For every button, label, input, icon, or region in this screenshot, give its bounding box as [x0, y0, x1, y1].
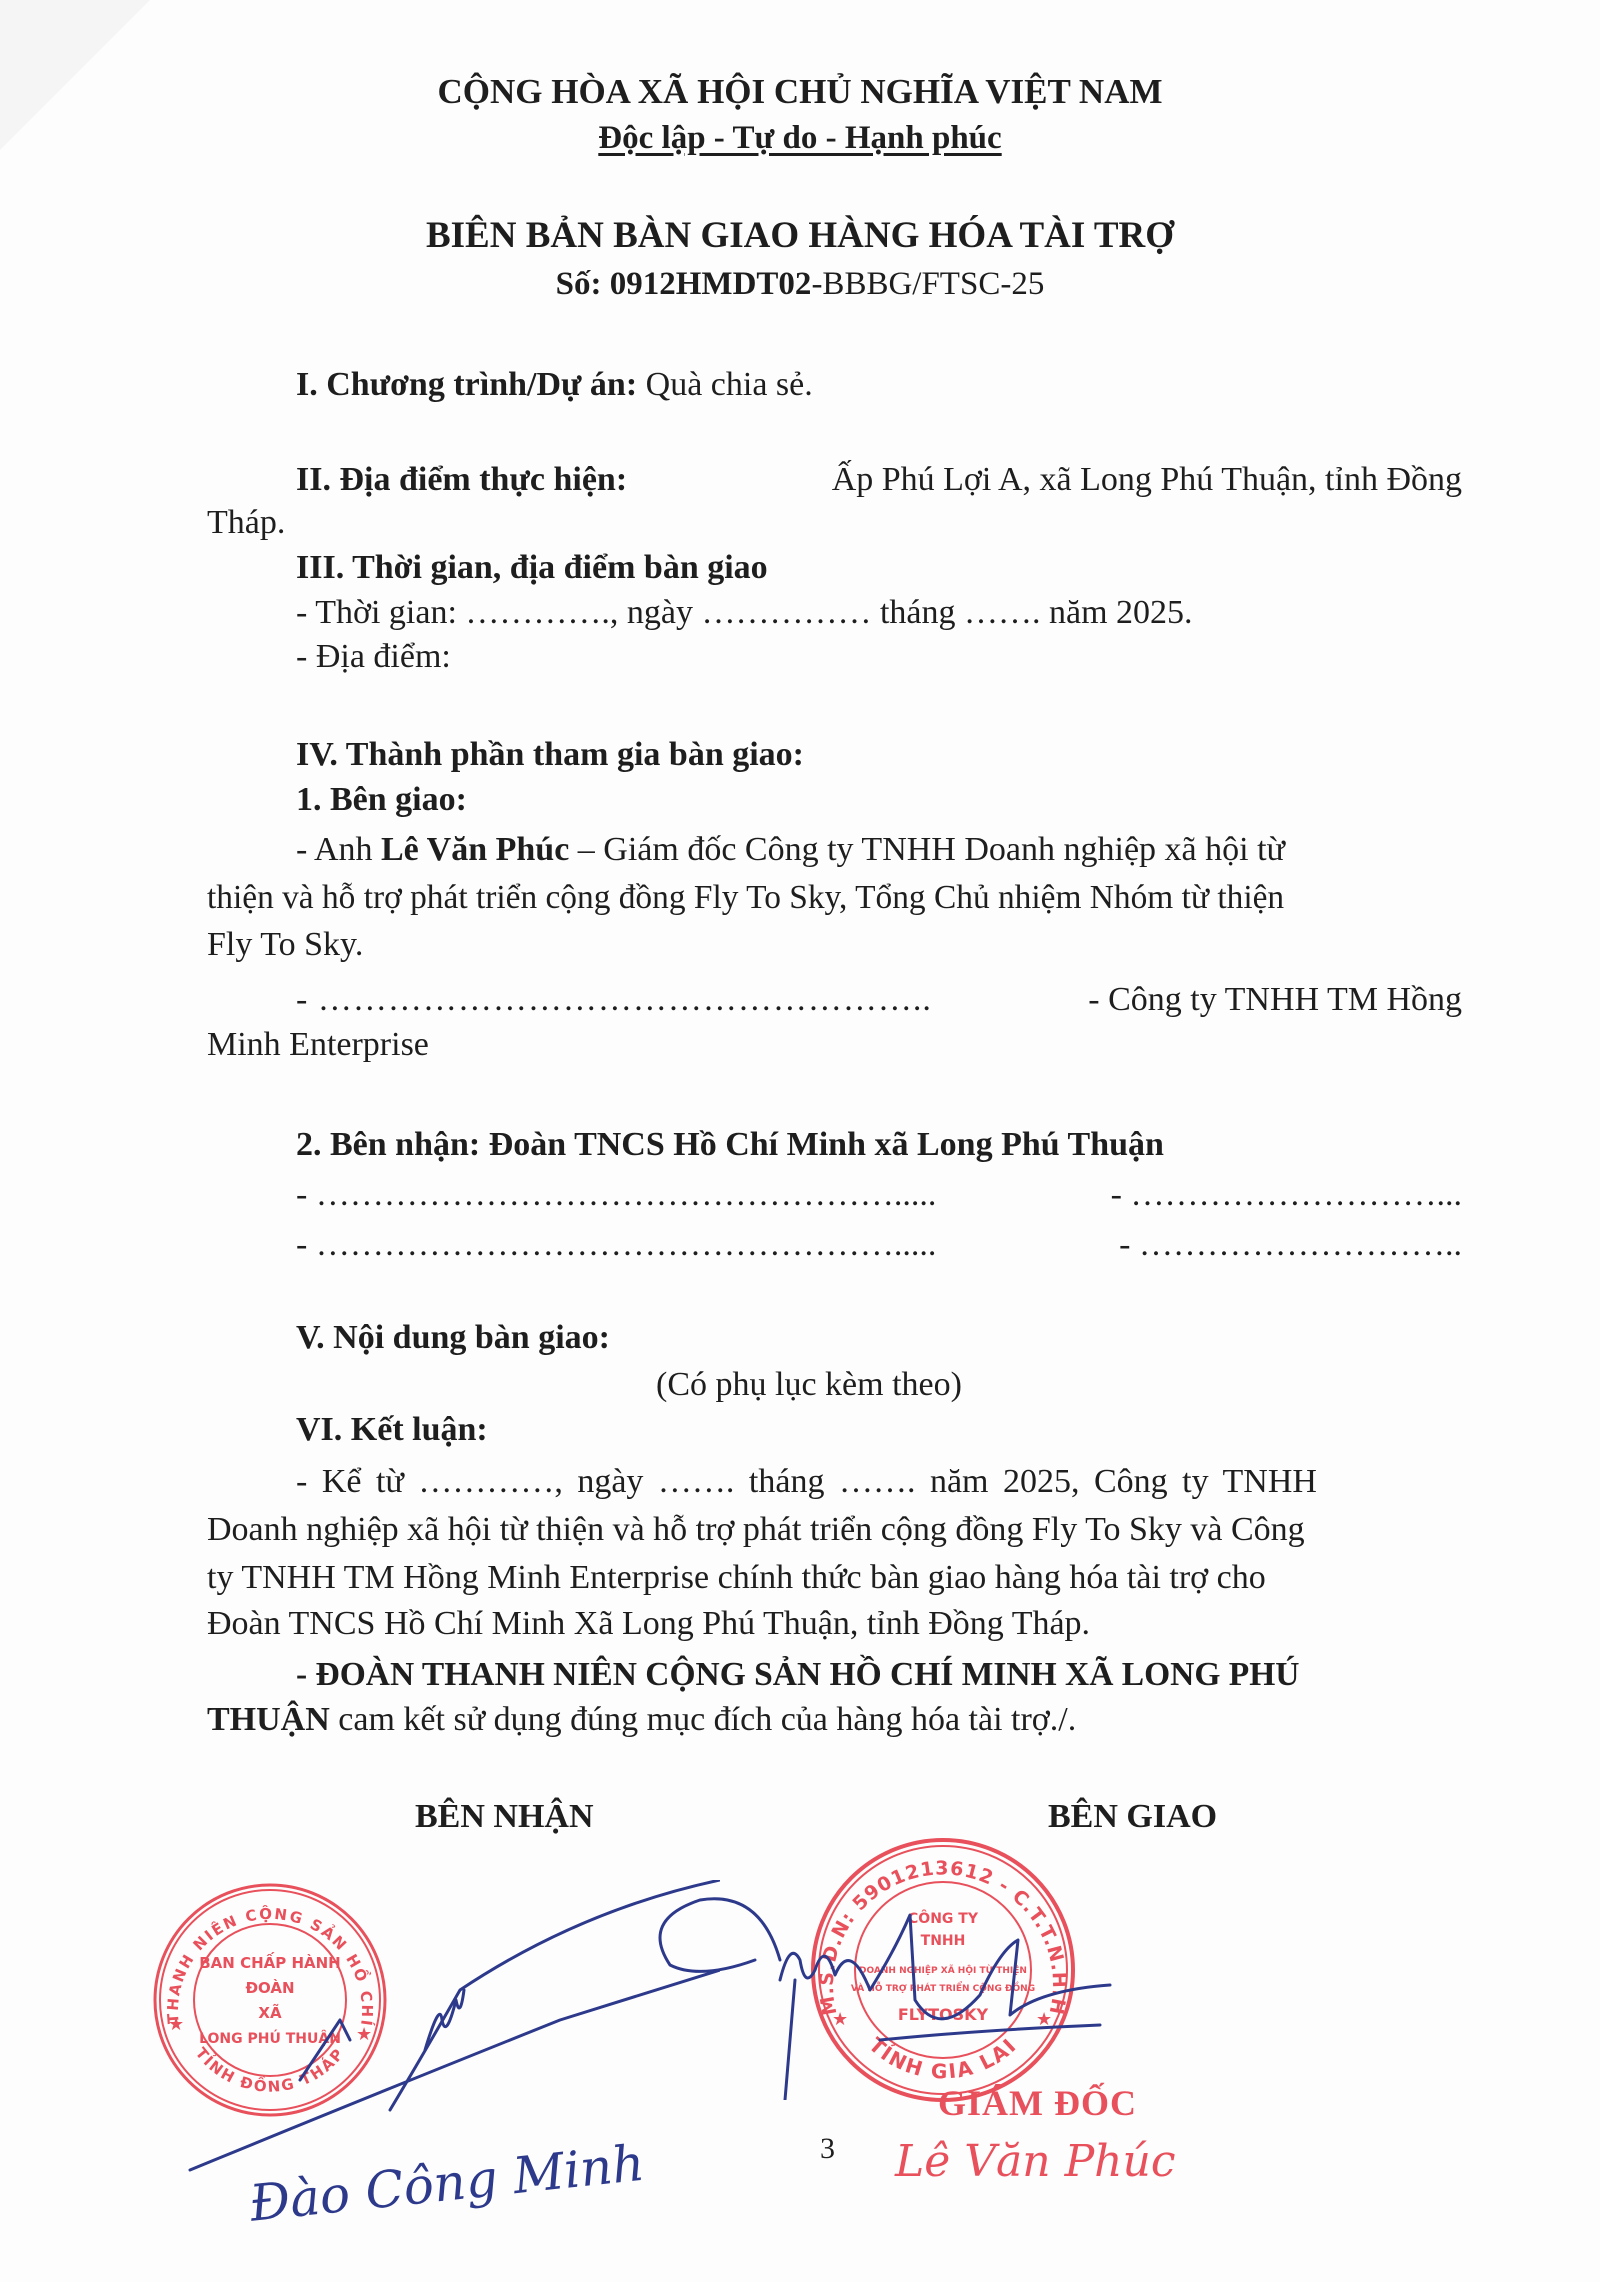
section-program: I. Chương trình/Dự án: Quà chia sẻ. [296, 365, 813, 405]
document-title: BIÊN BẢN BÀN GIAO HÀNG HÓA TÀI TRỢ [0, 216, 1600, 256]
giver-2-blank: - …………………………………………….. [296, 980, 932, 1020]
appendix-note: (Có phụ lục kèm theo) [656, 1365, 962, 1405]
document-page: CỘNG HÒA XÃ HỘI CHỦ NGHĨA VIỆT NAM Độc l… [0, 0, 1600, 2282]
receiver-label: 2. Bên nhận: Đoàn TNCS Hồ Chí Minh xã Lo… [296, 1125, 1164, 1165]
giver-1-line2: thiện và hỗ trợ phát triển cộng đồng Fly… [207, 878, 1284, 918]
commitment-heading-cont: THUẬN [207, 1701, 330, 1738]
commitment-text: cam kết sử dụng đúng mục đích của hàng h… [330, 1701, 1076, 1738]
national-title: CỘNG HÒA XÃ HỘI CHỦ NGHĨA VIỆT NAM [0, 72, 1600, 112]
receiver-signature-heading: BÊN NHẬN [415, 1797, 594, 1837]
receiver-signature [160, 1880, 720, 2280]
giver-signature-heading: BÊN GIAO [1048, 1797, 1217, 1837]
conclusion-line2: Doanh nghiệp xã hội từ thiện và hỗ trợ p… [207, 1510, 1305, 1550]
giver-title: GIÁM ĐỐC [938, 2082, 1137, 2124]
section-participants-label: IV. Thành phần tham gia bàn giao: [296, 735, 804, 775]
giver-name-seal: Lê Văn Phúc [895, 2136, 1176, 2187]
handover-place-field: - Địa điểm: [296, 637, 451, 677]
section-location: II. Địa điểm thực hiện:Ấp Phú Lợi A, xã … [296, 460, 1462, 500]
receiver-row-2: - …………………………………………….....- ……………………….. [296, 1225, 1462, 1265]
page-number: 3 [820, 2132, 835, 2166]
section-content-label: V. Nội dung bàn giao: [296, 1318, 610, 1358]
giver-2-line1: - ……………………………………………..- Công ty TNHH TM H… [296, 980, 1462, 1020]
section-program-value: Quà chia sẻ. [637, 366, 813, 403]
receiver-row-1: - …………………………………………….....- ………………………... [296, 1175, 1462, 1215]
section-conclusion-label: VI. Kết luận: [296, 1410, 488, 1450]
giver-2-company-cont: Minh Enterprise [207, 1025, 429, 1065]
section-location-value-cont: Tháp. [207, 503, 285, 543]
number-suffix: -BBBG/FTSC-25 [811, 266, 1044, 302]
receiver-2-name-blank: - ……………………………………………..... [296, 1225, 936, 1265]
document-number: Số: 0912HMDT02-BBBG/FTSC-25 [0, 264, 1600, 304]
giver-label: 1. Bên giao: [296, 780, 467, 820]
giver-signature [640, 1880, 1120, 2100]
number-label: Số: [556, 266, 610, 302]
giver-1-prefix: - Anh [296, 831, 381, 868]
conclusion-line1: - Kể từ …………, ngày ……. tháng ……. năm 202… [296, 1462, 1317, 1502]
section-location-label: II. Địa điểm thực hiện: [296, 460, 627, 500]
section-program-label: I. Chương trình/Dự án: [296, 366, 637, 403]
commitment-heading: - ĐOÀN THANH NIÊN CỘNG SẢN HỒ CHÍ MINH X… [296, 1655, 1300, 1695]
giver-2-company: - Công ty TNHH TM Hồng [1088, 980, 1462, 1020]
section-location-value: Ấp Phú Lợi A, xã Long Phú Thuận, tỉnh Đồ… [832, 460, 1462, 500]
giver-1-name: Lê Văn Phúc [381, 831, 569, 868]
giver-1-role: – Giám đốc Công ty TNHH Doanh nghiệp xã … [569, 831, 1285, 868]
receiver-1-name-blank: - ……………………………………………..... [296, 1175, 936, 1215]
number-code: 0912HMDT02 [610, 266, 812, 302]
receiver-1-role-blank: - ………………………... [1111, 1175, 1462, 1215]
conclusion-line4: Đoàn TNCS Hồ Chí Minh Xã Long Phú Thuận,… [207, 1604, 1090, 1644]
commitment-line2: THUẬN cam kết sử dụng đúng mục đích của … [207, 1700, 1076, 1740]
motto: Độc lập - Tự do - Hạnh phúc [0, 118, 1600, 158]
section-time-place-label: III. Thời gian, địa điểm bàn giao [296, 548, 768, 588]
handover-time-field: - Thời gian: …………., ngày …………… tháng …….… [296, 593, 1193, 633]
conclusion-line3: ty TNHH TM Hồng Minh Enterprise chính th… [207, 1558, 1266, 1598]
receiver-2-role-blank: - ……………………….. [1119, 1225, 1462, 1265]
giver-1-line1: - Anh Lê Văn Phúc – Giám đốc Công ty TNH… [296, 830, 1462, 870]
giver-1-line3: Fly To Sky. [207, 925, 363, 965]
